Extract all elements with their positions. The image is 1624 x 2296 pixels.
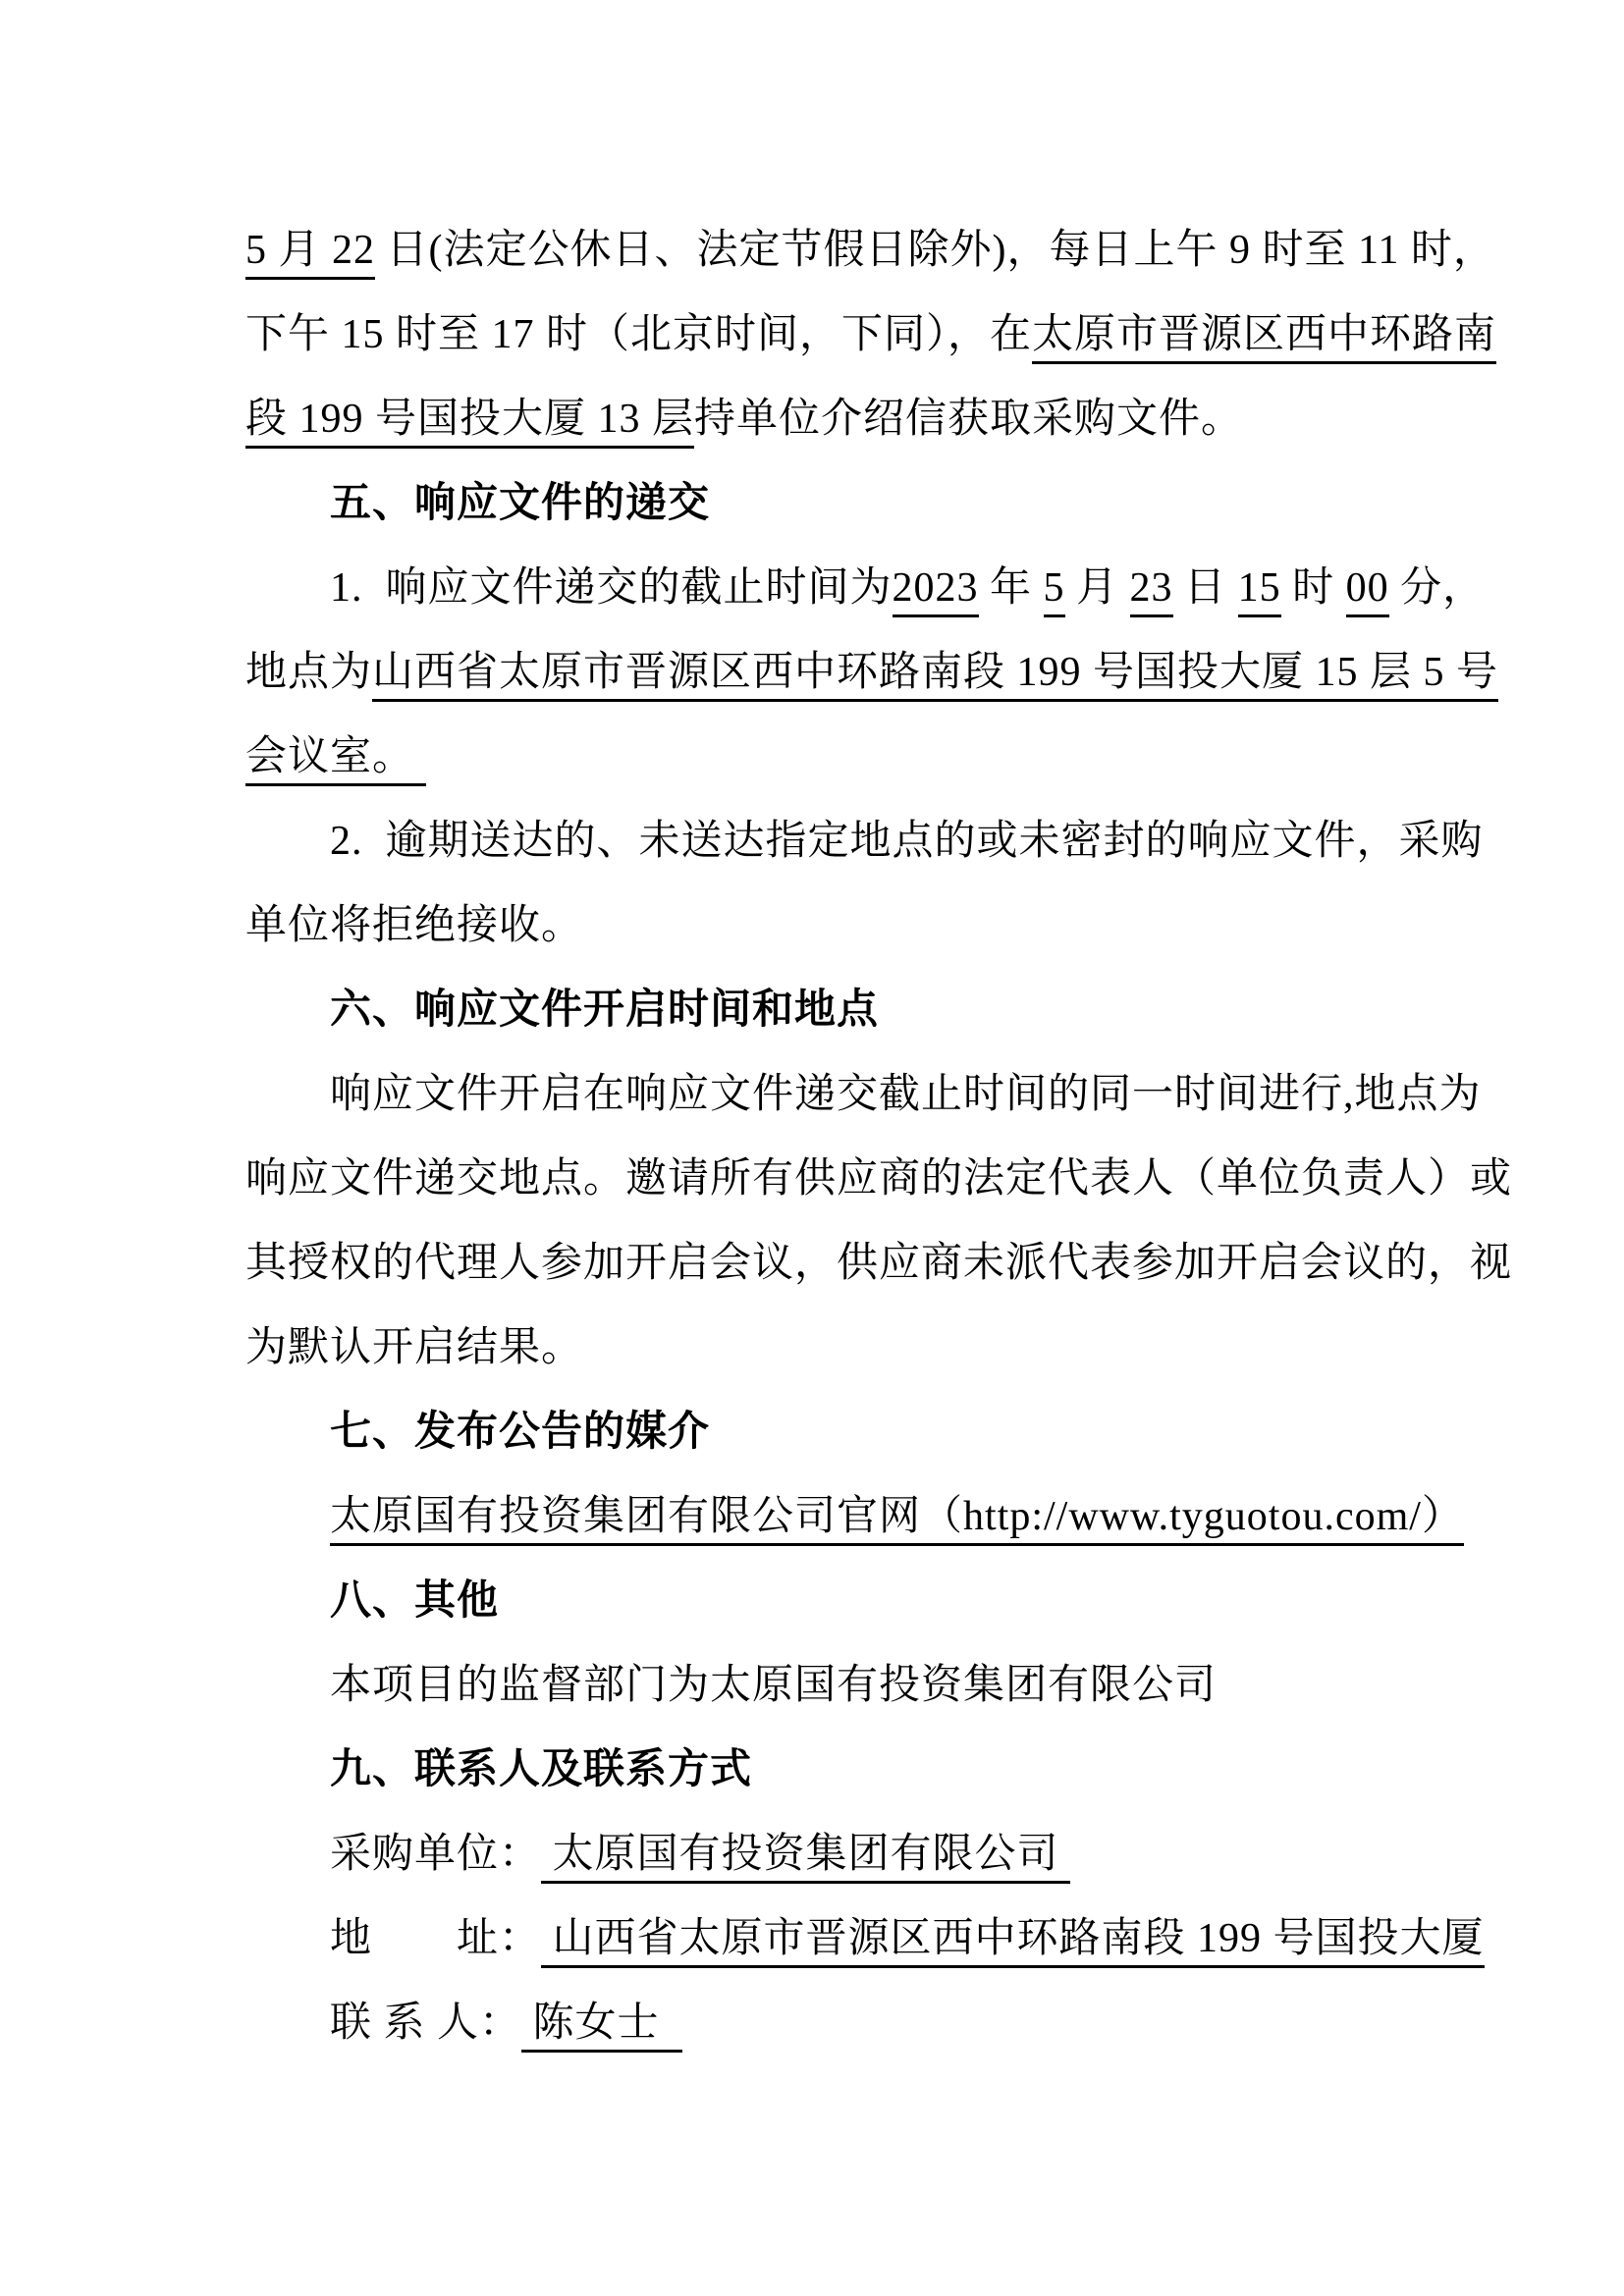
document-line: 会议室。 — [245, 715, 1394, 799]
text-run: 为默认开启结果。 — [245, 1325, 583, 1370]
text-run: 六、响应文件开启时间和地点 — [330, 988, 879, 1033]
text-run: 采购单位： — [330, 1832, 541, 1877]
document-line: 为默认开启结果。 — [245, 1306, 1394, 1390]
text-run: 八、其他 — [330, 1578, 499, 1624]
document-line: 其授权的代理人参加开启会议，供应商未派代表参加开启会议的，视 — [245, 1221, 1394, 1306]
underlined-text: 23 — [1130, 565, 1173, 617]
text-run: 响应文件开启在响应文件递交截止时间的同一时间进行,地点为 — [330, 1072, 1482, 1117]
document-line: 段 199 号国投大厦 13 层持单位介绍信获取采购文件。 — [245, 377, 1394, 461]
text-run: 其授权的代理人参加开启会议，供应商未派代表参加开启会议的，视 — [245, 1241, 1512, 1286]
document-line: 2. 逾期送达的、未送达指定地点的或未密封的响应文件，采购 — [245, 799, 1394, 883]
document-line: 下午 15 时至 17 时（北京时间，下同），在太原市晋源区西中环路南 — [245, 293, 1394, 377]
underlined-text: 5 月 22 — [245, 228, 375, 280]
text-run: 日 — [1173, 565, 1238, 611]
text-run: 下午 15 时至 17 时（北京时间，下同），在 — [245, 312, 1032, 357]
text-run: 持单位介绍信获取采购文件。 — [694, 397, 1243, 442]
text-run: 本项目的监督部门为太原国有投资集团有限公司 — [330, 1663, 1217, 1708]
section-heading: 九、联系人及联系方式 — [245, 1728, 1394, 1812]
text-run: 日(法定公休日、法定节假日除外)，每日上午 9 时至 11 时， — [375, 228, 1495, 273]
underlined-text: 太原国有投资集团有限公司 — [541, 1832, 1070, 1884]
document-line: 采购单位： 太原国有投资集团有限公司 — [245, 1812, 1394, 1896]
document-line: 单位将拒绝接收。 — [245, 883, 1394, 968]
text-run: 响应文件递交地点。邀请所有供应商的法定代表人（单位负责人）或 — [245, 1156, 1512, 1201]
document-line: 5 月 22 日(法定公休日、法定节假日除外)，每日上午 9 时至 11 时， — [245, 208, 1394, 293]
document-line: 本项目的监督部门为太原国有投资集团有限公司 — [245, 1643, 1394, 1728]
text-run: 地 址： — [330, 1916, 541, 1961]
text-run: 2. 逾期送达的、未送达指定地点的或未密封的响应文件，采购 — [330, 819, 1484, 864]
underlined-text: 段 199 号国投大厦 13 层 — [245, 397, 694, 449]
underlined-text: 2023 — [893, 565, 979, 617]
text-run: 七、发布公告的媒介 — [330, 1410, 710, 1455]
underlined-text: 陈女士 — [521, 2001, 682, 2053]
document-line: 联 系 人： 陈女士 — [245, 1981, 1394, 2065]
text-run: 九、联系人及联系方式 — [330, 1747, 752, 1792]
section-heading: 六、响应文件开启时间和地点 — [245, 968, 1394, 1052]
section-heading: 八、其他 — [245, 1559, 1394, 1643]
document-line: 1. 响应文件递交的截止时间为2023 年 5 月 23 日 15 时 00 分… — [245, 546, 1394, 630]
document-line: 地 址： 山西省太原市晋源区西中环路南段 199 号国投大厦 — [245, 1896, 1394, 1981]
document-body: 5 月 22 日(法定公休日、法定节假日除外)，每日上午 9 时至 11 时，下… — [245, 208, 1394, 2065]
underlined-text: 太原国有投资集团有限公司官网（http://www.tyguotou.com/） — [330, 1494, 1464, 1546]
document-line: 响应文件递交地点。邀请所有供应商的法定代表人（单位负责人）或 — [245, 1137, 1394, 1221]
text-run: 时 — [1281, 565, 1346, 611]
document-line: 太原国有投资集团有限公司官网（http://www.tyguotou.com/） — [245, 1474, 1394, 1559]
document-page: 5 月 22 日(法定公休日、法定节假日除外)，每日上午 9 时至 11 时，下… — [0, 0, 1624, 2296]
underlined-text: 山西省太原市晋源区西中环路南段 199 号国投大厦 — [541, 1916, 1485, 1968]
underlined-text: 太原市晋源区西中环路南 — [1032, 312, 1496, 364]
underlined-text: 山西省太原市晋源区西中环路南段 199 号国投大厦 15 层 5 号 — [372, 650, 1498, 702]
underlined-text: 5 — [1044, 565, 1065, 617]
underlined-text: 00 — [1346, 565, 1389, 617]
text-run: 单位将拒绝接收。 — [245, 903, 583, 948]
text-run: 年 — [979, 565, 1044, 611]
text-run: 五、响应文件的递交 — [330, 481, 710, 526]
text-run: 联 系 人： — [330, 2001, 521, 2046]
underlined-text: 15 — [1238, 565, 1281, 617]
document-line: 响应文件开启在响应文件递交截止时间的同一时间进行,地点为 — [245, 1052, 1394, 1137]
section-heading: 七、发布公告的媒介 — [245, 1390, 1394, 1474]
text-run: 分， — [1389, 565, 1486, 611]
text-run: 1. 响应文件递交的截止时间为 — [330, 565, 893, 611]
document-line: 地点为山西省太原市晋源区西中环路南段 199 号国投大厦 15 层 5 号 — [245, 630, 1394, 715]
text-run: 地点为 — [245, 650, 372, 695]
underlined-text: 会议室。 — [245, 734, 426, 786]
section-heading: 五、响应文件的递交 — [245, 461, 1394, 546]
text-run: 月 — [1065, 565, 1130, 611]
